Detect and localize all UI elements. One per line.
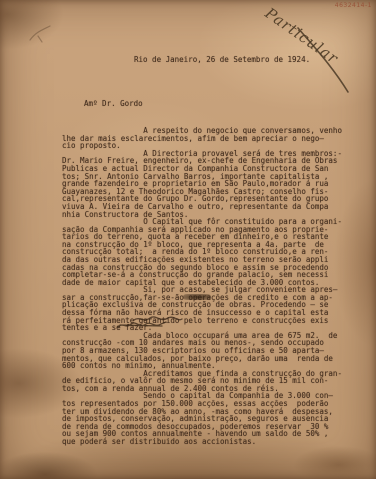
paragraph: O Capital que fôr constituido para a org… [62, 218, 362, 286]
paragraph: A Directoria provavel será de tres membr… [62, 150, 362, 218]
letter-body: A respeito do negocio que conversamos, v… [62, 127, 362, 445]
dateline: Rio de Janeiro, 26 de Setembro de 1924. [134, 56, 362, 64]
paragraph: A respeito do negocio que conversamos, v… [62, 127, 362, 150]
archive-number: 4632414-1 [335, 2, 372, 9]
paragraph: Acreditamos que finda a construcção do g… [62, 370, 362, 393]
scanned-letter-page: 4632414-1 Particular Rio de Janeiro, 26 … [0, 0, 376, 479]
letter-content: Rio de Janeiro, 26 de Setembro de 1924. … [62, 56, 362, 445]
salutation: Amº Dr. Gordo [84, 100, 362, 108]
paragraph: Si, por acaso, se julgar conveniente apr… [62, 286, 362, 331]
pencil-mark [26, 22, 56, 48]
paragraph: Cada bloco occupará uma area de 675 m2. … [62, 332, 362, 370]
ink-blot-strikeout [183, 294, 211, 300]
paragraph: Sendo o capital da Companhia de 3.000 co… [62, 392, 362, 445]
